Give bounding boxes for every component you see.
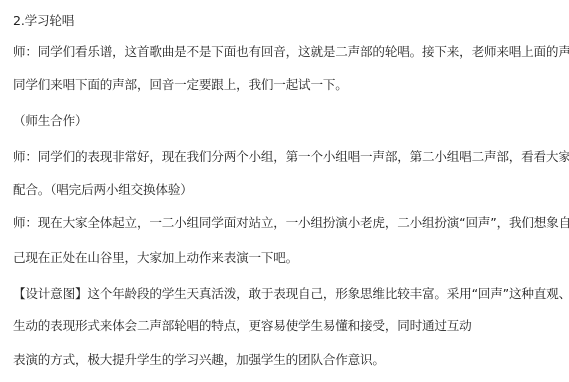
paragraph-line: 师：同学们的表现非常好，现在我们分两个小组，第一个小组唱一声部，第二小组唱二声部… — [13, 149, 569, 165]
paragraph-line: 同学们来唱下面的声部，回音一定要跟上，我们一起试一下。 — [13, 77, 348, 93]
design-intent-line: 【设计意图】这个年龄段的学生天真活泼，敢于表现自己，形象思维比较丰富。采用“回声… — [13, 286, 569, 302]
paragraph-line: 己现在正处在山谷里，大家加上动作来表演一下吧。 — [13, 250, 298, 266]
document-page: 2.学习轮唱 师：同学们看乐谱，这首歌曲是不是下面也有回音，这就是二声部的轮唱。… — [0, 0, 569, 382]
paragraph-line: （师生合作） — [13, 113, 87, 129]
paragraph-line: 配合。（唱完后两小组交换体验） — [13, 182, 193, 198]
paragraph-line: 表演的方式，极大提升学生的学习兴趣，加强学生的团队合作意识。 — [13, 352, 385, 368]
paragraph-line: 师：现在大家全体起立，一二小组同学面对站立，一小组扮演小老虎，二小组扮演“回声”… — [13, 215, 569, 231]
paragraph-line: 生动的表现形式来体会二声部轮唱的特点，更容易使学生易懂和接受，同时通过互动 — [13, 318, 472, 334]
section-heading: 2.学习轮唱 — [13, 13, 74, 29]
paragraph-line: 师：同学们看乐谱，这首歌曲是不是下面也有回音，这就是二声部的轮唱。接下来，老师来… — [13, 44, 569, 60]
